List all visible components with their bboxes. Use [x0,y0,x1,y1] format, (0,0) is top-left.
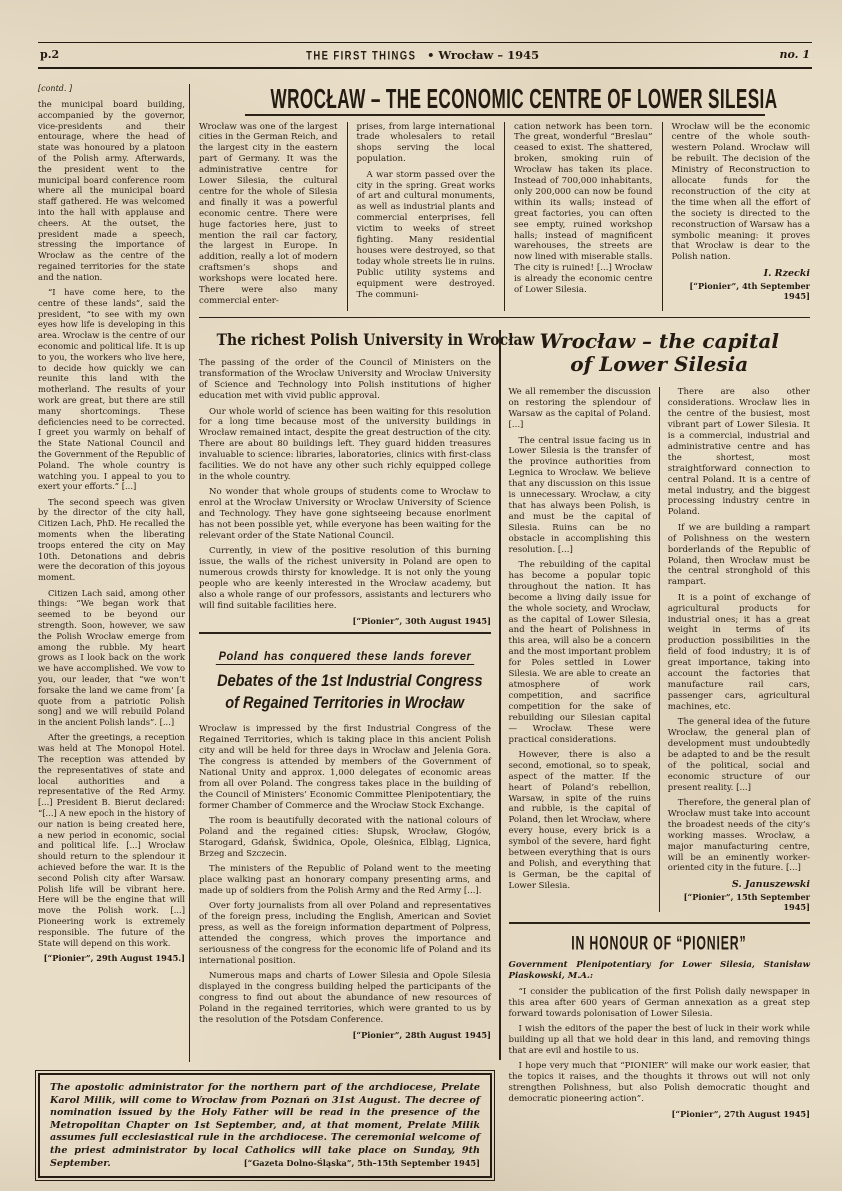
paragraph: The passing of the order of the Council … [199,358,491,402]
middle-left-column: The richest Polish University in Wrocław… [199,326,491,1119]
headline-line: Debates of the 1st Industrial Congress [199,670,491,692]
masthead: THE FIRST THINGS • Wrocław – 1945 [300,48,539,62]
headline-line: of Regained Territories in Wrocław [199,692,491,714]
article-university: The richest Polish University in Wrocław… [199,330,491,634]
paragraph: Citizen Lach said, among other things: “… [38,588,185,728]
paragraph: If we are building a rampart of Polishne… [668,523,810,588]
boxed-notice-apostolic-administrator: The apostolic administrator for the nort… [38,1073,492,1178]
source-attribution: [“Pionier”, 27th August 1945] [509,1109,811,1119]
headline-capital: Wrocław – the capital of Lower Silesia [509,330,811,376]
paragraph: The rebuilding of the capital has become… [509,560,651,745]
paragraph: Numerous maps and charts of Lower Silesi… [199,971,491,1026]
kicker-line: Poland has conquered these lands forever [216,651,474,665]
source-attribution: [“Pionier”, 30th August 1945] [199,616,491,626]
masthead-title: THE FIRST THINGS [306,48,416,62]
paragraph: The room is beautifully decorated with t… [199,816,491,860]
middle-right-column: Wrocław – the capital of Lower Silesia W… [509,326,811,1119]
paragraph: Wrocław was one of the largest cities in… [199,122,338,307]
paragraph: Therefore, the general plan of Wrocław m… [668,798,810,874]
page-number: p.2 [40,48,59,61]
paragraph: “I consider the publication of the first… [509,987,811,1020]
middle-section: The richest Polish University in Wrocław… [199,326,810,1119]
paragraph: Over forty journalists from all over Pol… [199,901,491,966]
article-kicker-wrap: Poland has conquered these lands forever [199,645,491,665]
paragraph: The ministers of the Republic of Poland … [199,864,491,897]
paragraph: The general idea of the future Wrocław, … [668,717,810,793]
text-column: We all remember the discussion on restor… [509,387,651,912]
article-industrial-congress: Poland has conquered these lands forever… [199,634,491,1040]
byline: Government Plenipotentiary for Lower Sil… [509,960,811,982]
paragraph: No wonder that whole groups of students … [199,487,491,542]
paragraph: I hope very much that “PIONIER” will mak… [509,1061,811,1105]
continued-label: [contd. ] [38,84,185,93]
main-content: WROCŁAW – THE ECONOMIC CENTRE OF LOWER S… [199,84,810,1119]
headline-university: The richest Polish University in Wrocław [217,330,535,349]
paragraph: The central issue facing us in Lower Sil… [509,436,651,556]
source-attribution: [“Pionier”, 4th September 1945] [672,281,811,301]
paragraph: the municipal board building, accompanie… [38,99,185,283]
text-column: prises, from large international trade w… [347,122,496,312]
page-header: p.2 THE FIRST THINGS • Wrocław – 1945 no… [38,42,812,69]
headline-line: of Lower Silesia [509,353,811,376]
paragraph: There are also other considerations. Wro… [668,387,810,518]
headline-congress: Debates of the 1st Industrial Congress o… [199,670,491,714]
source-attribution: [“Pionier”, 28th August 1945] [199,1030,491,1040]
paragraph: cation network has been torn. The great,… [514,122,653,297]
paragraph: After the greetings, a reception was hel… [38,732,185,948]
headline-economic-centre: WROCŁAW – THE ECONOMIC CENTRE OF LOWER S… [271,82,778,115]
notice-text: The apostolic administrator for the nort… [50,1082,480,1170]
article-in-honour-of-pionier: IN HONOUR OF “PIONIER” Government Plenip… [509,922,811,1119]
paragraph: Wrocław will be the economic centre of t… [672,122,811,264]
article-economic-header: WROCŁAW – THE ECONOMIC CENTRE OF LOWER S… [199,86,810,116]
paragraph: I wish the editors of the paper the best… [509,1024,811,1057]
capital-columns: We all remember the discussion on restor… [509,387,811,912]
paragraph: Our whole world of science has been wait… [199,407,491,483]
article-capital-of-lower-silesia: Wrocław – the capital of Lower Silesia W… [509,330,811,912]
paragraph: We all remember the discussion on restor… [509,387,651,431]
headline-line: Wrocław – the capital [509,330,811,353]
issue-number: no. 1 [780,48,810,61]
paragraph: The second speech was given by the direc… [38,497,185,583]
column-divider [499,330,501,1060]
paragraph: A war storm passed over the city in the … [357,170,496,301]
paragraph: “I have come here, to the centre of thes… [38,287,185,492]
author-signature: I. Rzecki [672,268,811,279]
article-header: IN HONOUR OF “PIONIER” [509,933,811,952]
text-column: There are also other considerations. Wro… [659,387,810,912]
headline-honour: IN HONOUR OF “PIONIER” [572,933,747,955]
article-continued-column: [contd. ] the municipal board building, … [38,84,185,963]
paragraph: However, there is also a second, emotion… [509,750,651,892]
paragraph: prises, from large international trade w… [357,122,496,166]
source-attribution: [“Pionier”, 29th August 1945.] [38,953,185,963]
article-economic-centre: Wrocław was one of the largest cities in… [199,122,810,319]
paragraph: Wrocław is impressed by the first Indust… [199,724,491,811]
newspaper-page: p.2 THE FIRST THINGS • Wrocław – 1945 no… [0,0,842,1191]
text-column: Wrocław was one of the largest cities in… [199,122,338,312]
text-column: cation network has been torn. The great,… [504,122,653,312]
source-attribution: [“Gazeta Dolno-Śląska”, 5th–15th Septemb… [50,1158,480,1168]
masthead-subtitle: • Wrocław – 1945 [427,48,539,62]
paragraph: Currently, in view of the positive resol… [199,546,491,611]
paragraph: It is a point of exchange of agricultura… [668,593,810,713]
source-attribution: [“Pionier”, 15th September 1945] [668,892,810,912]
author-signature: S. Januszewski [668,879,810,890]
article-header: The richest Polish University in Wrocław [199,330,491,349]
text-column: Wrocław will be the economic centre of t… [662,122,811,312]
column-divider [189,84,190,1062]
